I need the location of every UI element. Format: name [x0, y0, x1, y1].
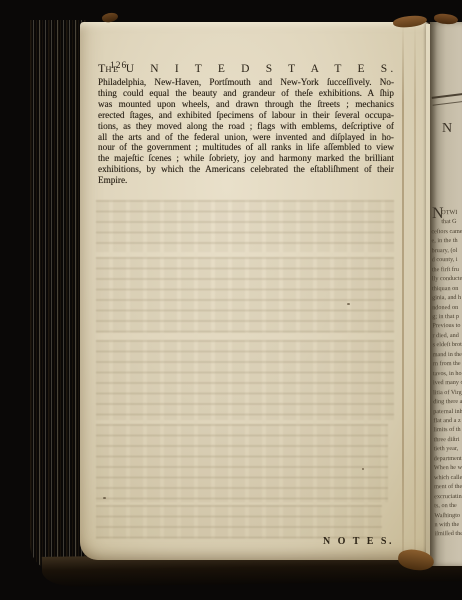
- notes-line-fragment: thiquan on: [432, 283, 462, 293]
- next-page-strip: N N OTWIthat Gceſtors camee, in the thbr…: [430, 22, 462, 566]
- notes-line-fragment: lly conducte: [432, 274, 462, 284]
- notes-line-fragment: tavos, in ho: [433, 368, 462, 378]
- notes-line-fragment: mand in the: [433, 350, 462, 360]
- notes-line-fragment: three diſtri: [434, 435, 462, 445]
- notes-line-fragment: iſmiſſed the: [435, 529, 462, 539]
- running-title: THEU N I T E D S T A T E S.: [98, 59, 394, 77]
- show-through-text-block: [96, 257, 394, 333]
- page-stack-fore-edge: [30, 20, 86, 572]
- section-divider-rule: [432, 91, 462, 106]
- show-through-text-block: [96, 505, 382, 539]
- running-title-the-rest: HE: [105, 64, 119, 74]
- notes-line-fragment: ts, on the: [434, 501, 462, 511]
- notes-text-fragments: OTWIthat Gceſtors camee, in the thbruary…: [431, 208, 462, 560]
- show-through-text-block: [96, 424, 388, 502]
- paragraph-line: nour of the government ; multitudes of a…: [98, 142, 394, 153]
- paragraph-line: erected ſtages, and exhibited ſpecimens …: [98, 110, 394, 121]
- paragraph: Philadelphia, New-Haven, Portſmouth and …: [98, 77, 394, 186]
- paragraph-line: Empire.: [98, 175, 394, 186]
- notes-line-fragment: ding there a: [433, 397, 462, 407]
- page-crease: [414, 22, 416, 560]
- foxing-speck: [103, 497, 106, 499]
- paragraph-line: the majeſtic ſcenes ; while ſobriety, jo…: [98, 153, 394, 164]
- notes-line-fragment: excruciatin: [434, 491, 462, 501]
- notes-line-fragment: n with the: [434, 520, 462, 530]
- notes-line-fragment: ment of the: [434, 482, 462, 492]
- foxing-speck: [347, 303, 350, 305]
- paragraph-line: thing could equal the beauty and grandeu…: [98, 88, 394, 99]
- left-page: 126 THEU N I T E D S T A T E S. Philadel…: [80, 22, 430, 560]
- notes-line-fragment: OTWI: [431, 208, 462, 218]
- notes-line-fragment: department: [434, 454, 462, 464]
- paragraph-line: exhibitions, by which the Americans cele…: [98, 164, 394, 175]
- book-photograph: 126 THEU N I T E D S T A T E S. Philadel…: [0, 0, 462, 600]
- paragraph-line: tions, as they moved along the road ; fl…: [98, 121, 394, 132]
- notes-line-fragment: Previous to: [432, 321, 462, 331]
- show-through-text-block: [96, 200, 394, 252]
- foxing-speck: [362, 468, 364, 470]
- notes-line-fragment: the firſt fru: [432, 265, 462, 275]
- show-through-text-block: [96, 340, 394, 420]
- running-title-main: U N I T E D S T A T E S.: [126, 63, 397, 75]
- paragraph-line: all the arts and of the federal union, w…: [98, 132, 394, 143]
- notes-line-fragment: bruary, (ol: [432, 246, 462, 256]
- page-header: 126 THEU N I T E D S T A T E S.: [98, 59, 394, 75]
- notes-line-fragment: s eldeſt brot: [433, 340, 462, 350]
- notes-heading-fragment: N: [442, 121, 454, 137]
- notes-line-fragment: ginia, and h: [432, 293, 462, 303]
- notes-line-fragment: ceſtors came: [431, 227, 462, 237]
- notes-line-fragment: r died, and: [432, 331, 462, 341]
- notes-line-fragment: flat and a z: [433, 416, 462, 426]
- notes-line-fragment: When he wa: [434, 463, 462, 473]
- notes-line-fragment: that G: [431, 217, 462, 227]
- notes-line-fragment: tieth year,: [434, 444, 462, 454]
- notes-line-fragment: which calle: [434, 472, 462, 482]
- notes-line-fragment: e, in the th: [431, 236, 462, 246]
- paragraph-line: was mounted upon wheels, and drawn throu…: [98, 99, 394, 110]
- notes-line-fragment: ived many c: [433, 378, 462, 388]
- notes-line-fragment: rn from the: [433, 359, 462, 369]
- paragraph-line: Philadelphia, New-Haven, Portſmouth and …: [98, 77, 394, 88]
- notes-line-fragment: limits of th: [433, 425, 462, 435]
- notes-line-fragment: ndoned on: [432, 302, 462, 312]
- page-crease: [402, 22, 404, 560]
- catchword-notes: N O T E S.: [98, 536, 394, 547]
- notes-line-fragment: Waſhingto: [434, 510, 462, 520]
- notes-line-fragment: g; in that p: [432, 312, 462, 322]
- notes-line-fragment: paternal inh: [433, 406, 462, 416]
- notes-line-fragment: d county, i: [432, 255, 462, 265]
- notes-line-fragment: litia of Virg: [433, 387, 462, 397]
